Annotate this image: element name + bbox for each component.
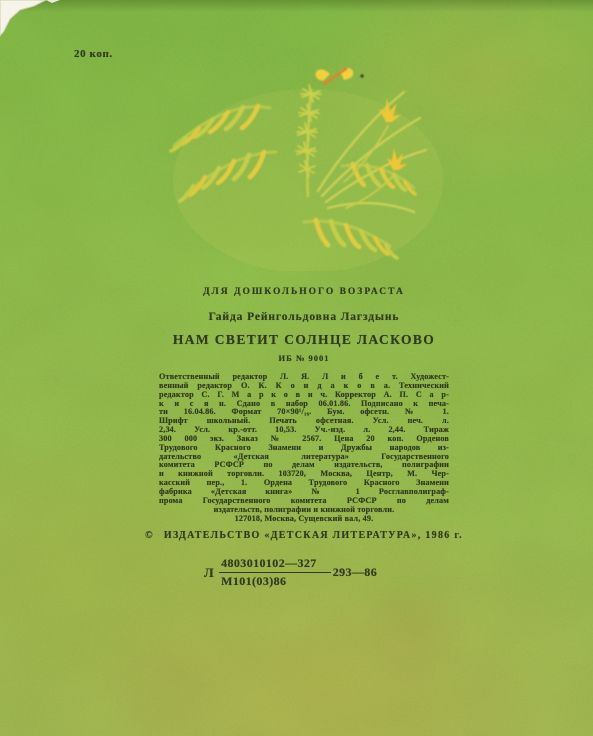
plant-illustration (158, 56, 458, 271)
catalog-suffix: 293—86 (333, 565, 377, 580)
copyright-symbol: © (145, 530, 154, 541)
edition-code: ИБ № 9001 (14, 353, 593, 363)
catalog-number: Л 4803010102—327 М101(03)86 293—86 (204, 556, 377, 589)
audience-line: ДЛЯ ДОШКОЛЬНОГО ВОЗРАСТА (14, 287, 593, 297)
copyright-line: ©ИЗДАТЕЛЬСТВО «ДЕТСКАЯ ЛИТЕРАТУРА», 1986… (14, 530, 593, 541)
catalog-prefix: Л (204, 565, 214, 581)
catalog-denominator: М101(03)86 (219, 573, 331, 589)
catalog-numerator: 4803010102—327 (219, 556, 331, 573)
torn-paper-corner (0, 0, 70, 45)
imprint-block: Ответственный редактор Л. Я. Л и б е т. … (159, 373, 449, 523)
fly-dot-icon (360, 74, 363, 77)
butterfly-icon (316, 68, 354, 84)
price-label: 20 коп. (74, 48, 113, 60)
imprint-line: 127018, Москва, Сущевский вал, 49. (159, 515, 449, 524)
copyright-text: ИЗДАТЕЛЬСТВО «ДЕТСКАЯ ЛИТЕРАТУРА», 1986 … (164, 530, 463, 541)
catalog-fraction: 4803010102—327 М101(03)86 (219, 556, 331, 589)
book-back-cover: 20 коп. (0, 0, 593, 736)
author-name: Гайда Рейнгольдовна Лагздынь (14, 311, 593, 323)
book-title: НАМ СВЕТИТ СОЛНЦЕ ЛАСКОВО (14, 332, 593, 348)
top-edge-shadow (0, 0, 593, 12)
